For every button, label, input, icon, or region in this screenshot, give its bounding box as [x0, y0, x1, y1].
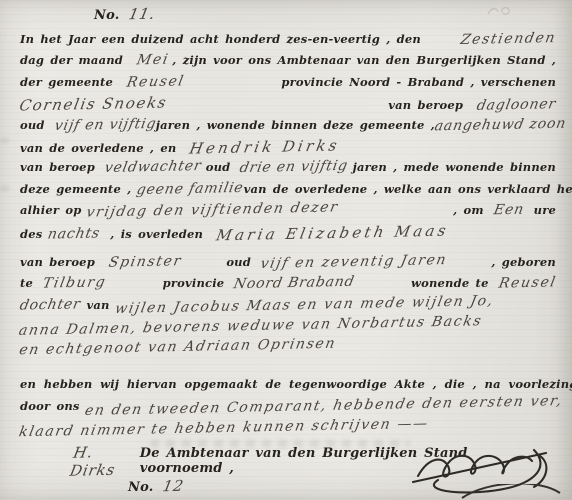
- printed-text: te: [20, 276, 33, 290]
- handwritten-declarant2-age: drie en vijftig: [239, 158, 350, 176]
- handwritten-declarant1-name: Cornelis Snoeks: [18, 94, 169, 115]
- printed-text: van beroep: [20, 255, 95, 269]
- next-signature-start-flourish: [456, 484, 566, 500]
- handwritten-declarant1-profession: daglooner: [475, 96, 557, 114]
- handwritten-declarant2-name: Hendrik Dirks: [188, 136, 342, 157]
- footer-record-number: No. 12: [128, 477, 184, 495]
- line-declarant1-age: oud vijf en vijftig jaren , wonende binn…: [20, 117, 556, 138]
- printed-text: , is overleden: [110, 227, 203, 241]
- deceased-age-group: oud vijf en zeventig Jaren: [226, 254, 446, 270]
- handwritten-deceased-age: vijf en zeventig Jaren: [259, 252, 449, 272]
- municipality-group: der gemeente Reusel: [20, 74, 184, 90]
- printed-text: oud: [20, 118, 45, 132]
- line-municipality: der gemeente Reusel provincie Noord - Br…: [20, 74, 556, 95]
- deceased-profession-group: van beroep Spinster: [20, 254, 182, 270]
- handwritten-deceased-name: Maria Elizabeth Maas: [215, 221, 451, 244]
- next-record-number-label: No.: [128, 480, 153, 495]
- handwritten-time-of-day: nachts: [47, 225, 102, 242]
- printed-text: van beroep: [388, 98, 463, 112]
- profession-group: van beroep daglooner: [388, 97, 556, 113]
- printed-text: oud: [206, 160, 231, 174]
- line-spouse: en echtgenoot van Adriaan Oprinsen: [20, 339, 556, 360]
- bleedthrough-text: [150, 440, 410, 447]
- printed-text: en hebben wij hiervan opgemaakt de tegen…: [20, 377, 572, 391]
- certificate-body: No. 11. In het Jaar een duizend acht hon…: [0, 0, 572, 467]
- next-record-number-value: 12: [162, 477, 186, 495]
- handwritten-filiation: dochter: [18, 296, 82, 313]
- printed-text: oud: [226, 255, 251, 269]
- printed-text: van beroep: [20, 160, 95, 174]
- printed-text: provincie: [163, 276, 225, 290]
- handwritten-relation: geene familie: [136, 180, 246, 198]
- line-closing-3: klaard nimmer te hebben kunnen schrijven…: [20, 420, 556, 441]
- printed-text: deze gemeente ,: [20, 182, 131, 196]
- line-death-day-time: alhier op vrijdag den vijftienden dezer …: [20, 202, 556, 223]
- printed-text: , om: [453, 203, 484, 217]
- record-number-label: No.: [94, 8, 119, 23]
- handwritten-deceased-profession: Spinster: [107, 253, 183, 271]
- printed-text: van: [86, 298, 109, 312]
- printed-text: provincie Noord - Braband , verschenen: [281, 75, 556, 89]
- handwritten-death-hour: Een: [492, 202, 525, 219]
- month-group: dag der maand Mei: [20, 52, 169, 68]
- death-day-group: alhier op vrijdag den vijftienden dezer: [20, 202, 338, 218]
- line-month: dag der maand Mei , zijn voor ons Ambten…: [20, 52, 556, 73]
- handwritten-declarant2-profession: veldwachter: [103, 158, 203, 176]
- death-hour-group: , om Een ure: [453, 202, 556, 218]
- line-declarant2-age: van beroep veldwachter oud drie en vijft…: [20, 159, 556, 180]
- printed-text: van de overledene , en: [20, 141, 176, 155]
- bleedthrough-mark: [0, 138, 9, 143]
- handwritten-declarant1-age: vijf en vijftig: [53, 116, 158, 134]
- handwritten-death-day: vrijdag den vijftienden dezer: [85, 199, 340, 220]
- printed-text: des: [20, 227, 42, 241]
- declarant-signature: H. Dirks: [68, 442, 143, 479]
- profession2-group: van beroep veldwachter: [20, 159, 201, 175]
- line-declarant2-name: van de overledene , en Hendrik Dirks: [20, 138, 556, 159]
- printed-text: alhier op: [20, 203, 81, 217]
- handwritten-mother-widow: anna Dalmen, bevorens weduwe van Norbart…: [17, 313, 483, 339]
- printed-text: jaren , wonende binnen deze gemeente ,: [156, 118, 435, 132]
- handwritten-declarant1-relation: aangehuwd zoon: [433, 115, 567, 134]
- handwritten-birthplace: Tilburg: [41, 275, 107, 292]
- relation-group: deze gemeente , geene familie: [20, 181, 244, 197]
- printed-text: In het Jaar een duizend acht honderd zes…: [20, 32, 421, 46]
- handwritten-municipality: Reusel: [125, 73, 186, 90]
- printed-text: ure: [534, 203, 556, 217]
- province-group: provincie Noord Braband: [163, 275, 355, 291]
- handwritten-province: Noord Braband: [233, 274, 357, 293]
- printed-text: van de overledene , welke aan ons verkla…: [244, 182, 572, 196]
- line-declarant1-name: Cornelis Snoeks van beroep daglooner: [20, 95, 556, 116]
- death-certificate-page: No. 11. In het Jaar een duizend acht hon…: [0, 0, 572, 500]
- line-deceased-profession-age: van beroep Spinster oud vijf en zeventig…: [20, 254, 556, 275]
- line-relation: deze gemeente , geene familie van de ove…: [20, 181, 556, 202]
- age-group: oud vijf en vijftig: [20, 117, 156, 133]
- handwritten-spouse: en echtgenoot van Adriaan Oprinsen: [18, 336, 338, 359]
- line-year-day: In het Jaar een duizend acht honderd zes…: [20, 31, 556, 52]
- printed-text: der gemeente: [20, 75, 113, 89]
- record-number-value: 11.: [128, 5, 158, 24]
- printed-text: dag der maand: [20, 53, 123, 67]
- handwritten-cannot-write: klaard nimmer te hebben kunnen schrijven…: [18, 415, 431, 440]
- printed-text: wonende te: [411, 276, 489, 290]
- line-closing-2: door ons en den tweeden Comparant, hebbe…: [20, 398, 556, 419]
- printed-text: jaren , mede wonende binnen: [353, 160, 556, 174]
- pencil-mark: [486, 4, 512, 18]
- handwritten-day: Zestienden: [459, 30, 557, 48]
- line-deceased-name: des nachts , is overleden Maria Elizabet…: [20, 224, 556, 245]
- printed-text: , zijn voor ons Ambtenaar van den Burger…: [172, 53, 556, 67]
- age2-group: oud drie en vijftig: [206, 159, 348, 175]
- printed-text: , geboren: [491, 255, 556, 269]
- handwritten-father-name: wijlen Jacobus Maas en van mede wijlen J…: [113, 293, 495, 317]
- handwritten-residence: Reusel: [497, 275, 558, 292]
- handwritten-month: Mei: [135, 52, 170, 69]
- residence-group: wonende te Reusel: [411, 275, 556, 291]
- bleedthrough-mark: [0, 186, 11, 191]
- printed-text: door ons: [20, 399, 80, 413]
- birthplace-group: te Tilburg: [20, 275, 106, 291]
